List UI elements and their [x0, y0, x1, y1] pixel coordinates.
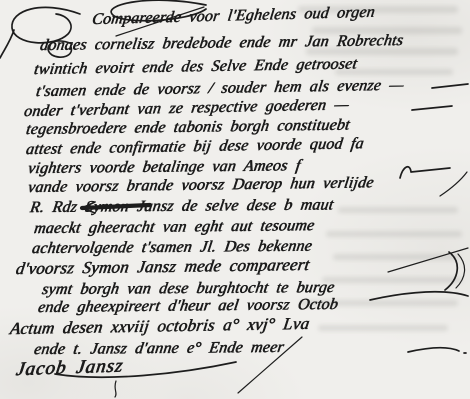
manuscript-line-3: twintich evoirt ende des Selve Ende getr… — [33, 56, 358, 78]
manuscript-line-11: maeckt gheeracht van eght aut tesoume — [33, 218, 316, 237]
manuscript-line-6: tegensbroedere ende tabonis borgh consti… — [25, 117, 351, 138]
show-through-mark — [322, 277, 462, 283]
line4-trailing-dash — [432, 84, 468, 88]
line8-trailing-flourish — [400, 167, 450, 178]
line9-tail-stroke — [440, 172, 467, 196]
manuscript-line-14: symt borgh van dese burghtocht te burge — [41, 280, 336, 298]
signature-descender-hook — [115, 381, 116, 397]
manuscript-line-10: R. Rdz Symon Jansz de selve dese b maut — [29, 197, 335, 216]
manuscript-line-8: vighters voorde betalinge van Ameos f — [27, 158, 302, 177]
show-through-mark — [338, 207, 458, 213]
signature: Jacob Jansz — [15, 356, 125, 379]
line17-trailing-stroke — [408, 348, 466, 353]
manuscript-line-9: vande voorsz brande voorsz Daerop hun ve… — [27, 175, 375, 196]
line14-trailing-stroke — [370, 292, 468, 300]
manuscript-line-16: Actum desen xxviij octobris a° xvj° Lva — [9, 315, 311, 337]
initial-c-tail — [0, 30, 14, 58]
mid-diagonal-stroke — [388, 248, 468, 272]
show-through-mark — [333, 254, 459, 260]
manuscript-line-12: achtervolgende t'samen Jl. Des bekenne — [31, 239, 313, 257]
line5-trailing-dash — [412, 106, 452, 110]
manuscript-line-17: ende t. Jansz d'anne e° Ende meer — [33, 340, 285, 358]
manuscript-line-7: attest ende confirmatie bij dese voorde … — [25, 136, 365, 158]
manuscript-line-13: d'voorsz Symon Jansz mede compareert — [15, 256, 311, 277]
manuscript-page: Compareerde voor l'Eghelens oud orgen do… — [0, 0, 470, 399]
show-through-mark — [318, 325, 448, 331]
manuscript-line-1: Compareerde voor l'Eghelens oud orgen — [91, 5, 376, 28]
show-through-mark — [326, 231, 462, 237]
